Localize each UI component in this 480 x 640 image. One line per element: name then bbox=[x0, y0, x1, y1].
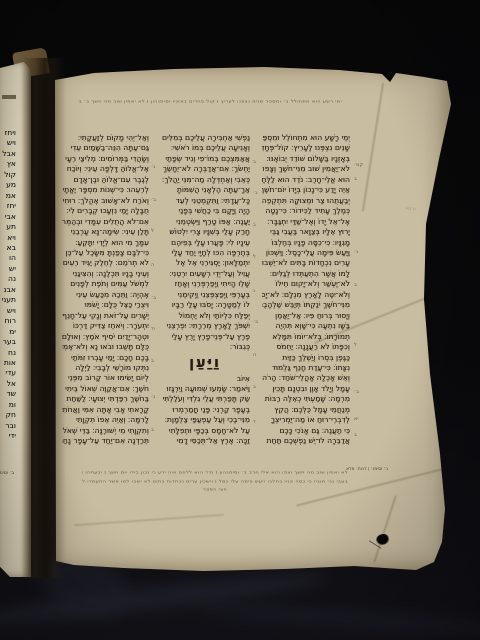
text-line: יְמֵי רָשָׁע הוּא מִתְחוֹלֵל וּמִסְפַּר bbox=[262, 133, 350, 143]
text-line: יַחְשֹׂךְ׃ אִם־אֲדַבְּרָה לֹא־יֵחָשֵׂךְ bbox=[160, 164, 250, 174]
masorah-parva-note: ג׳ bbox=[354, 249, 358, 255]
text-line: בַּחֹשֶׁךְ רִפַּדְתִּי יְצוּעָי׃ לַשַּׁח… bbox=[62, 394, 149, 404]
text-line: יַעֲנֶה׃ אַפּוֹ טָרַף וַיִּשְׂטְמֵנִי bbox=[160, 217, 250, 227]
text-line: אִיּוֹב bbox=[160, 374, 250, 384]
text-line: יָרוּץ אֵלָיו בְּצַוָּאר בַּעֲבִי גַּבֵּ… bbox=[262, 227, 350, 237]
text-line: אבי bbox=[0, 212, 16, 222]
text-line: זַכָּה׃ אֶרֶץ אַל־תְּכַסִּי דָמִי bbox=[160, 436, 250, 446]
text-line: עדי bbox=[0, 368, 16, 378]
masorah-parva-note: ה bbox=[151, 262, 154, 268]
text-line: לֹא תְרֹמֵם׃ לְחֵלֶק יַגִּיד רֵעִים bbox=[62, 258, 149, 268]
text-line: אִם־לֹא הֲתֻלִים עִמָּדִי וּבְהַמְּרוֹתָ… bbox=[62, 217, 149, 227]
masorah-parva-note: ג׳ bbox=[151, 394, 155, 400]
text-line: יְבַעֲתֻהוּ צַר וּמְצוּקָה תִּתְקְפֵהוּ bbox=[262, 196, 350, 206]
text-line: עַל לֹא־חָמָס בְּכַפָּי וּתְפִלָּתִי bbox=[160, 426, 250, 436]
text-line: ימ bbox=[0, 327, 16, 337]
text-line: לֹא־יַאֲמִין שׁוּב מִנִּי־חֹשֶׁךְ וְצָפו… bbox=[262, 164, 350, 174]
text-line: ויא bbox=[0, 233, 16, 243]
text-line: שָׁלֵו הָיִיתִי וַיְפַרְפְּרֵנִי וְאָחַז bbox=[160, 279, 250, 289]
text-line: לָמוֹ אֲשֶׁר הִתְעַתְּדוּ לְגַלִּים׃ bbox=[262, 269, 350, 279]
masorah-parva-note: ב bbox=[354, 176, 357, 182]
text-line: וִיצֻרַי כַּצֵּל כֻּלָּם׃ יָשֹׁמּוּ bbox=[62, 300, 149, 310]
masorah-footer-line: לא יאמין שוב מני חשך וצפו הוא אלי חרב ב׳… bbox=[82, 470, 348, 475]
masorah-parva-note: ג bbox=[253, 288, 255, 294]
text-line: מִנִּי־בֶכִי וְעַל עַפְעַפַּי צַלְמָוֶת׃ bbox=[160, 415, 250, 425]
masorah-magna-footer: לא יאמין שוב מני חשך וצפו הוא אלי חרב ב׳… bbox=[82, 470, 348, 496]
text-line: וְאָנִיעָה עֲלֵיכֶם בְּמוֹ רֹאשִׁי׃ bbox=[160, 143, 250, 153]
text-line: הוּא אֱלֵי־חָרֶב׃ נֹדֵד הוּא לַלֶּחֶם bbox=[262, 175, 350, 185]
text-line: בא bbox=[0, 243, 16, 253]
text-line: אבנ bbox=[0, 285, 16, 295]
text-line: כְּמֶלֶךְ עָתִיד לַכִּידוֹר׃ כִּי־נָטָה bbox=[262, 206, 350, 216]
masorah-parva-note: ל bbox=[354, 342, 357, 348]
text-line: תֵּרַדְנָה אִם־יַחַד עַל־עָפָר נָחַת׃ bbox=[62, 436, 149, 446]
fabric-fold bbox=[200, 600, 480, 639]
text-line: נַפְשִׁי אַחְבִּירָה עֲלֵיכֶם בְּמִלִּים bbox=[160, 133, 250, 143]
masorah-parva-note: ב׳ bbox=[253, 319, 258, 325]
text-line: מָגִנָּיו׃ כִּי־כִסָּה פָנָיו בְּחֶלְבּו… bbox=[262, 238, 350, 248]
text-line: וַיֹּאמַר׃ שָׂמְעוּ שְׁמוּעָה וַיִּרְגָּ… bbox=[160, 384, 250, 394]
text-line: עָרִים נִכְחָדוֹת בָּתִּים לֹא־יֵשְׁבוּ bbox=[262, 258, 350, 268]
text-line: יש bbox=[0, 264, 16, 274]
text-line: הָיָה וַיָּקָם בִּי כַחֲשִׁי בְּפָנַי bbox=[160, 206, 250, 216]
text-line: אֶל־אֱלוֹהַּ דָּלְפָה עֵינִי׃ וְיוֹכַח bbox=[62, 164, 149, 174]
text-line: תְמוּרָתוֹ׃ בְּלֹא־יוֹמוֹ תִּמָּלֵא bbox=[262, 332, 350, 342]
text-line: בְּחֶרְפָּה הִכּוּ לְחָיָי יַחַד עָלַי bbox=[160, 248, 250, 258]
text-line: קָרָאתִי אָבִי אָתָּה אִמִּי וַאֲחֹתִי bbox=[62, 405, 149, 415]
parchment-crease bbox=[373, 495, 397, 562]
text-line: אמ bbox=[0, 191, 16, 201]
text-line: קול bbox=[0, 170, 16, 180]
text-line: כֻּלָּם תָּשֻׁבוּ וּבֹאוּ נָא וְלֹא־אֶמְ… bbox=[62, 342, 149, 352]
text-line: וַיַּעַשׂ פִּימָה עֲלֵי־כָסֶל׃ וַיִּשְׁכ… bbox=[262, 248, 350, 258]
text-line: לְיוֹם יָשִׂימוּ אוֹר קָרוֹב מִפְּנֵי bbox=[62, 373, 149, 383]
text-line: אַיֵּה יָדַע כִּי־נָכוֹן בְּיָדוֹ יוֹם־ח… bbox=[262, 185, 350, 195]
text-line: וְיָסוּר בְּרוּחַ פִּיו׃ אַל־יַאֲמֵן bbox=[262, 311, 350, 321]
text-line: עִמָּךְ מִי הוּא לְיָדִי יִתָּקֵעַ׃ bbox=[62, 238, 149, 248]
text-line: הו bbox=[0, 253, 16, 263]
text-line: בַּשָּׁו נִתְעָה כִּי־שָׁוְא תִּהְיֶה bbox=[262, 321, 350, 331]
text-line: גַּם־עַתָּה הִנֵּה־בַשָּׁמַיִם עֵדִי bbox=[62, 143, 149, 153]
text-line: וְעֵינֵי בָנָיו תִּכְלֶנָה׃ וְהִצִּיגַנִ… bbox=[62, 269, 149, 279]
text-line: וְשָׂהֲדִי בַּמְּרוֹמִים׃ מְלִיצַי רֵעָי bbox=[62, 154, 149, 164]
text-line: עֲוִיל וְעַל־יְדֵי רְשָׁעִים יִרְטֵנִי׃ bbox=[160, 269, 250, 279]
text-line: לְדִבְרֵי־רוּחַ אוֹ מַה־יַּמְרִיצְךָ bbox=[262, 415, 350, 425]
text-line: אל bbox=[0, 379, 16, 389]
text-line: ויש bbox=[0, 306, 16, 316]
masorah-parva-note: ב bbox=[253, 159, 256, 165]
masorah-magna-header: ימי רשע הוא מתחולל ב׳ ומספר שנים נצפנו ל… bbox=[78, 99, 342, 104]
text-line: חק bbox=[0, 410, 16, 420]
text-line: אֲאַמִּצְכֶם בְּמוֹ־פִי וְנִיד שְׂפָתַי bbox=[160, 154, 250, 164]
masorah-parva-note: יא bbox=[354, 416, 358, 422]
text-line: מִרְמָה׃ שָׁמַעְתִּי כְאֵלֶּה רַבּוֹת bbox=[262, 394, 350, 404]
text-line: יְפַלַּח כִּלְיוֹתַי וְלֹא יַחְמוֹל bbox=[160, 311, 250, 321]
masorah-parva-note: ל bbox=[151, 228, 154, 234]
parchment-hole bbox=[376, 534, 389, 545]
parchment-crease bbox=[362, 83, 384, 212]
text-line: כִּי־לִבָּם צָפַנְתָּ מִּשָּׂכֶל עַל־כֵּ… bbox=[62, 248, 149, 258]
facing-masorah-mark bbox=[2, 95, 16, 99]
text-line: נִתְּקוּ מוֹרָשֵׁי לְבָבִי׃ לַיְלָה bbox=[62, 363, 149, 373]
text-line: מִנִּי־חֹשֶׁךְ יֹנַקְתּוֹ תְּיַבֵּשׁ שַׁ… bbox=[262, 300, 350, 310]
text-line: יִתְמַלָּאוּן׃ יַסְגִּירֵנִי אֵל אֶל bbox=[160, 258, 250, 268]
text-line: וְאֹרַח לֹא־אָשׁוּב אֶהֱלֹךְ׃ רוּחִי bbox=[62, 196, 149, 206]
text-line: אֲדַבֵּרָה לוּ־יֵשׁ נַפְשְׁכֶם תַּחַת bbox=[262, 436, 350, 446]
text-line: ומ bbox=[0, 400, 16, 410]
facing-page-footer-masorah: ב׳ וסימ הון דכת מלא וחס bbox=[0, 470, 14, 477]
masorah-parva-note: ב bbox=[354, 432, 357, 438]
text-line: פֶרֶץ עַל־פְּנֵי־פָרֶץ יָרֻץ עָלַי bbox=[160, 332, 250, 342]
text-line: לִמְשֹׁל עַמִּים וְתֹפֶת לְפָנִים bbox=[62, 279, 149, 289]
text-line: חֻבָּלָה יָמַי נִזְעָכוּ קְבָרִים לִי׃ bbox=[62, 206, 149, 216]
masorah-parva-note: ב׳ bbox=[151, 197, 156, 203]
section-opening-word: וַיַּעַן bbox=[160, 353, 250, 374]
facing-page-text: ויחזוישאבלאץקולמעאמיחזאביתעויאבאהוישנהאב… bbox=[0, 128, 16, 448]
text-line: שד bbox=[0, 389, 16, 399]
masorah-parva-note: ד bbox=[253, 419, 256, 425]
column-right: יְמֵי רָשָׁע הוּא מִתְחוֹלֵל וּמִסְפַּרש… bbox=[262, 133, 350, 449]
masorah-footer-line: בעבי גבי מגניו כי כסה פניו בחלבו ויעש פי… bbox=[82, 479, 348, 484]
masorah-parva-note: ב bbox=[253, 384, 256, 390]
text-line: כְּאֵבִי וְאַחְדְּלָה מַה־מִּנִּי יַהֲלֹ… bbox=[160, 175, 250, 185]
text-line: נח bbox=[0, 348, 16, 358]
text-line: לוֹ לְמַטָּרָה׃ יָסֹבּוּ עָלַי רַבָּיו bbox=[160, 300, 250, 310]
text-line: בֶעָפָר קַרְנִי׃ פָּנַי חֳמַרְמְרוּ bbox=[160, 405, 250, 415]
text-line: ידי bbox=[0, 431, 16, 441]
text-line: יְשָׁרִים עַל־זֹאת וְנָקִי עַל־חָנֵף bbox=[62, 311, 149, 321]
masorah-parva-note: ג׳ bbox=[151, 164, 155, 170]
text-line: מְנַחֲמֵי עָמָל כֻּלְּכֶם׃ הֲקֵץ bbox=[262, 405, 350, 415]
masorah-parva-note: ה bbox=[253, 352, 256, 358]
text-line: מע bbox=[0, 180, 16, 190]
column-middle: נַפְשִׁי אַחְבִּירָה עֲלֵיכֶם בְּמִלִּים… bbox=[160, 133, 250, 449]
masorah-parva-note: קמ׳ bbox=[354, 162, 363, 168]
text-line: בְּעָרְפִּי וַיְפַצְפְּצֵנִי וַיְקִימֵנִ… bbox=[160, 290, 250, 300]
text-line: שַׂק תָּפַרְתִּי עֲלֵי גִלְדִּי וְעֹלַלְ… bbox=[160, 394, 250, 404]
manuscript-photo: ויחזוישאבלאץקולמעאמיחזאביתעויאבאהוישנהאב… bbox=[0, 0, 480, 640]
text-line: חָרַק עָלַי בְּשִׁנָּיו צָרִי יִלְטוֹשׁ bbox=[160, 227, 250, 237]
text-line: תָּלַן עֵינִי׃ שִׂימָה־נָּא עָרְבֵנִי bbox=[62, 227, 149, 237]
text-line: כָּל־עֲדָתִי׃ וַתִּקְמְטֵנִי לְעֵד bbox=[160, 196, 250, 206]
masorah-footer-center: חצי הספר bbox=[180, 487, 250, 492]
text-line: רוח bbox=[0, 316, 16, 326]
masorah-parva-note: ג׳ bbox=[253, 190, 257, 196]
parchment-crease bbox=[74, 514, 224, 526]
text-line: יִתְעֹרָר׃ וְיֹאחֵז צַדִּיק דַּרְכּוֹ bbox=[62, 321, 149, 331]
text-line: שָׁנִים נִצְפְּנוּ לֶעָרִיץ׃ קוֹל־פְּחָד… bbox=[262, 143, 350, 153]
masorah-parva-note: יד bbox=[151, 326, 155, 332]
text-line: וְאֵשׁ אָכְלָה אָהֳלֵי־שֹׁחַד׃ הָרֹה bbox=[262, 373, 350, 383]
text-line: אות bbox=[0, 358, 16, 368]
masorah-parva-note: ב bbox=[151, 358, 154, 364]
text-line: כְּגִבּוֹר׃ bbox=[160, 342, 250, 352]
text-line: בָכֶם חָכָם׃ יָמַי עָבְרוּ זִמֹּתַי bbox=[62, 353, 149, 363]
column-left: וְאַל־יְהִי מָקוֹם לְזַעֲקָתִי׃גַּם־עַתָ… bbox=[62, 133, 149, 449]
text-line: יִשְׁפֹּךְ לָאָרֶץ מְרֵרָתִי׃ יִפְרְצֵנִ… bbox=[160, 321, 250, 331]
text-line: עֵינָיו לִי׃ פָּעֲרוּ עָלַי בְּפִיהֶם bbox=[160, 238, 250, 248]
text-line: וּטְהָר־יָדַיִם יֹסִיף אֹמֶץ׃ וְאוּלָם bbox=[62, 332, 149, 342]
masorah-parva-note: ל bbox=[253, 254, 256, 260]
text-line: נִצָּתוֹ׃ כִּי־עֲדַת חָנֵף גַּלְמוּד bbox=[262, 363, 350, 373]
masorah-parva-note: ב bbox=[354, 282, 357, 288]
text-line: וְתִקְוָתִי מִי יְשׁוּרֶנָּה׃ בַּדֵּי שְ… bbox=[62, 426, 149, 436]
text-line: לְגֶבֶר עִם־אֱלוֹהַּ וּבֶן־אָדָם bbox=[62, 175, 149, 185]
masorah-parva-note: ב׳ bbox=[354, 389, 359, 395]
text-line: וְאַל־יְהִי מָקוֹם לְזַעֲקָתִי׃ bbox=[62, 133, 149, 143]
manuscript-page: ימי רשע הוא מתחולל ב׳ ומספר שנים נצפנו ל… bbox=[54, 64, 456, 572]
facing-page-edge: ויחזוישאבלאץקולמעאמיחזאביתעויאבאהוישנהאב… bbox=[0, 62, 31, 577]
masorah-parva-note: ב bbox=[151, 427, 154, 433]
text-line: כִּי תַעֲנֶה׃ גַּם אָנֹכִי כָּכֶם bbox=[262, 426, 350, 436]
text-line: כַּגֶּפֶן בִּסְרוֹ וְיַשְׁלֵךְ כַּזַּיִת bbox=[262, 353, 350, 363]
text-line: נה bbox=[0, 274, 16, 284]
faded-margin-note: ורחיי bbox=[406, 206, 416, 212]
text-line: אבל bbox=[0, 149, 16, 159]
text-line: עָמָל וְיָלֹד אָוֶן וּבִטְנָם תָּכִין bbox=[262, 384, 350, 394]
text-line: וְכִפָּתוֹ לֹא רַעֲנָנָה׃ יַחְמֹס bbox=[262, 342, 350, 352]
text-line: אץ bbox=[0, 159, 16, 169]
text-line: תעני bbox=[0, 295, 16, 305]
text-line: בער bbox=[0, 337, 16, 347]
text-line: יחז bbox=[0, 201, 16, 211]
text-line: חֹשֶׁךְ׃ אִם־אֲקַוֶּה שְׁאוֹל בֵּיתִי bbox=[62, 384, 149, 394]
text-line: אֶהְיֶה׃ וַתֵּכַהּ מִכַּעַשׂ עֵינִי bbox=[62, 290, 149, 300]
text-line: אַךְ־עַתָּה הֶלְאָנִי הֲשִׁמּוֹתָ bbox=[160, 185, 250, 195]
text-line: ויש bbox=[0, 138, 16, 148]
masorah-parva-note: ב׳ bbox=[151, 295, 156, 301]
text-line: לֹא־יֶעְשַׁר וְלֹא־יָקוּם חֵילוֹ bbox=[262, 279, 350, 289]
text-line: ויחז bbox=[0, 128, 16, 138]
masorah-footer-right-stack: ב׳ וסימנ׳ ׀ דכות׳ מלא bbox=[342, 467, 388, 474]
masorah-parva-note: ב bbox=[253, 222, 256, 228]
text-line: וְלֹא־יִטֶּה לָאָרֶץ מִנְלָם׃ לֹא־יָסוּר bbox=[262, 290, 350, 300]
text-line: בְּאָזְנָיו בַּשָּׁלוֹם שׁוֹדֵד יְבוֹאֶנ… bbox=[262, 154, 350, 164]
text-line: לְרֵעֵהוּ׃ כִּי־שְׁנוֹת מִסְפָּר יֶאֱתָי… bbox=[62, 185, 149, 195]
text-line: אֶל־אֵל יָדוֹ וְאֶל־שַׁדַּי יִתְגַּבָּר׃ bbox=[262, 217, 350, 227]
text-line: ובר bbox=[0, 421, 16, 431]
text-line: לָרִמָּה׃ וְאַיֵּה אֵפוֹ תִקְוָתִי bbox=[62, 415, 149, 425]
text-line: תע bbox=[0, 222, 16, 232]
